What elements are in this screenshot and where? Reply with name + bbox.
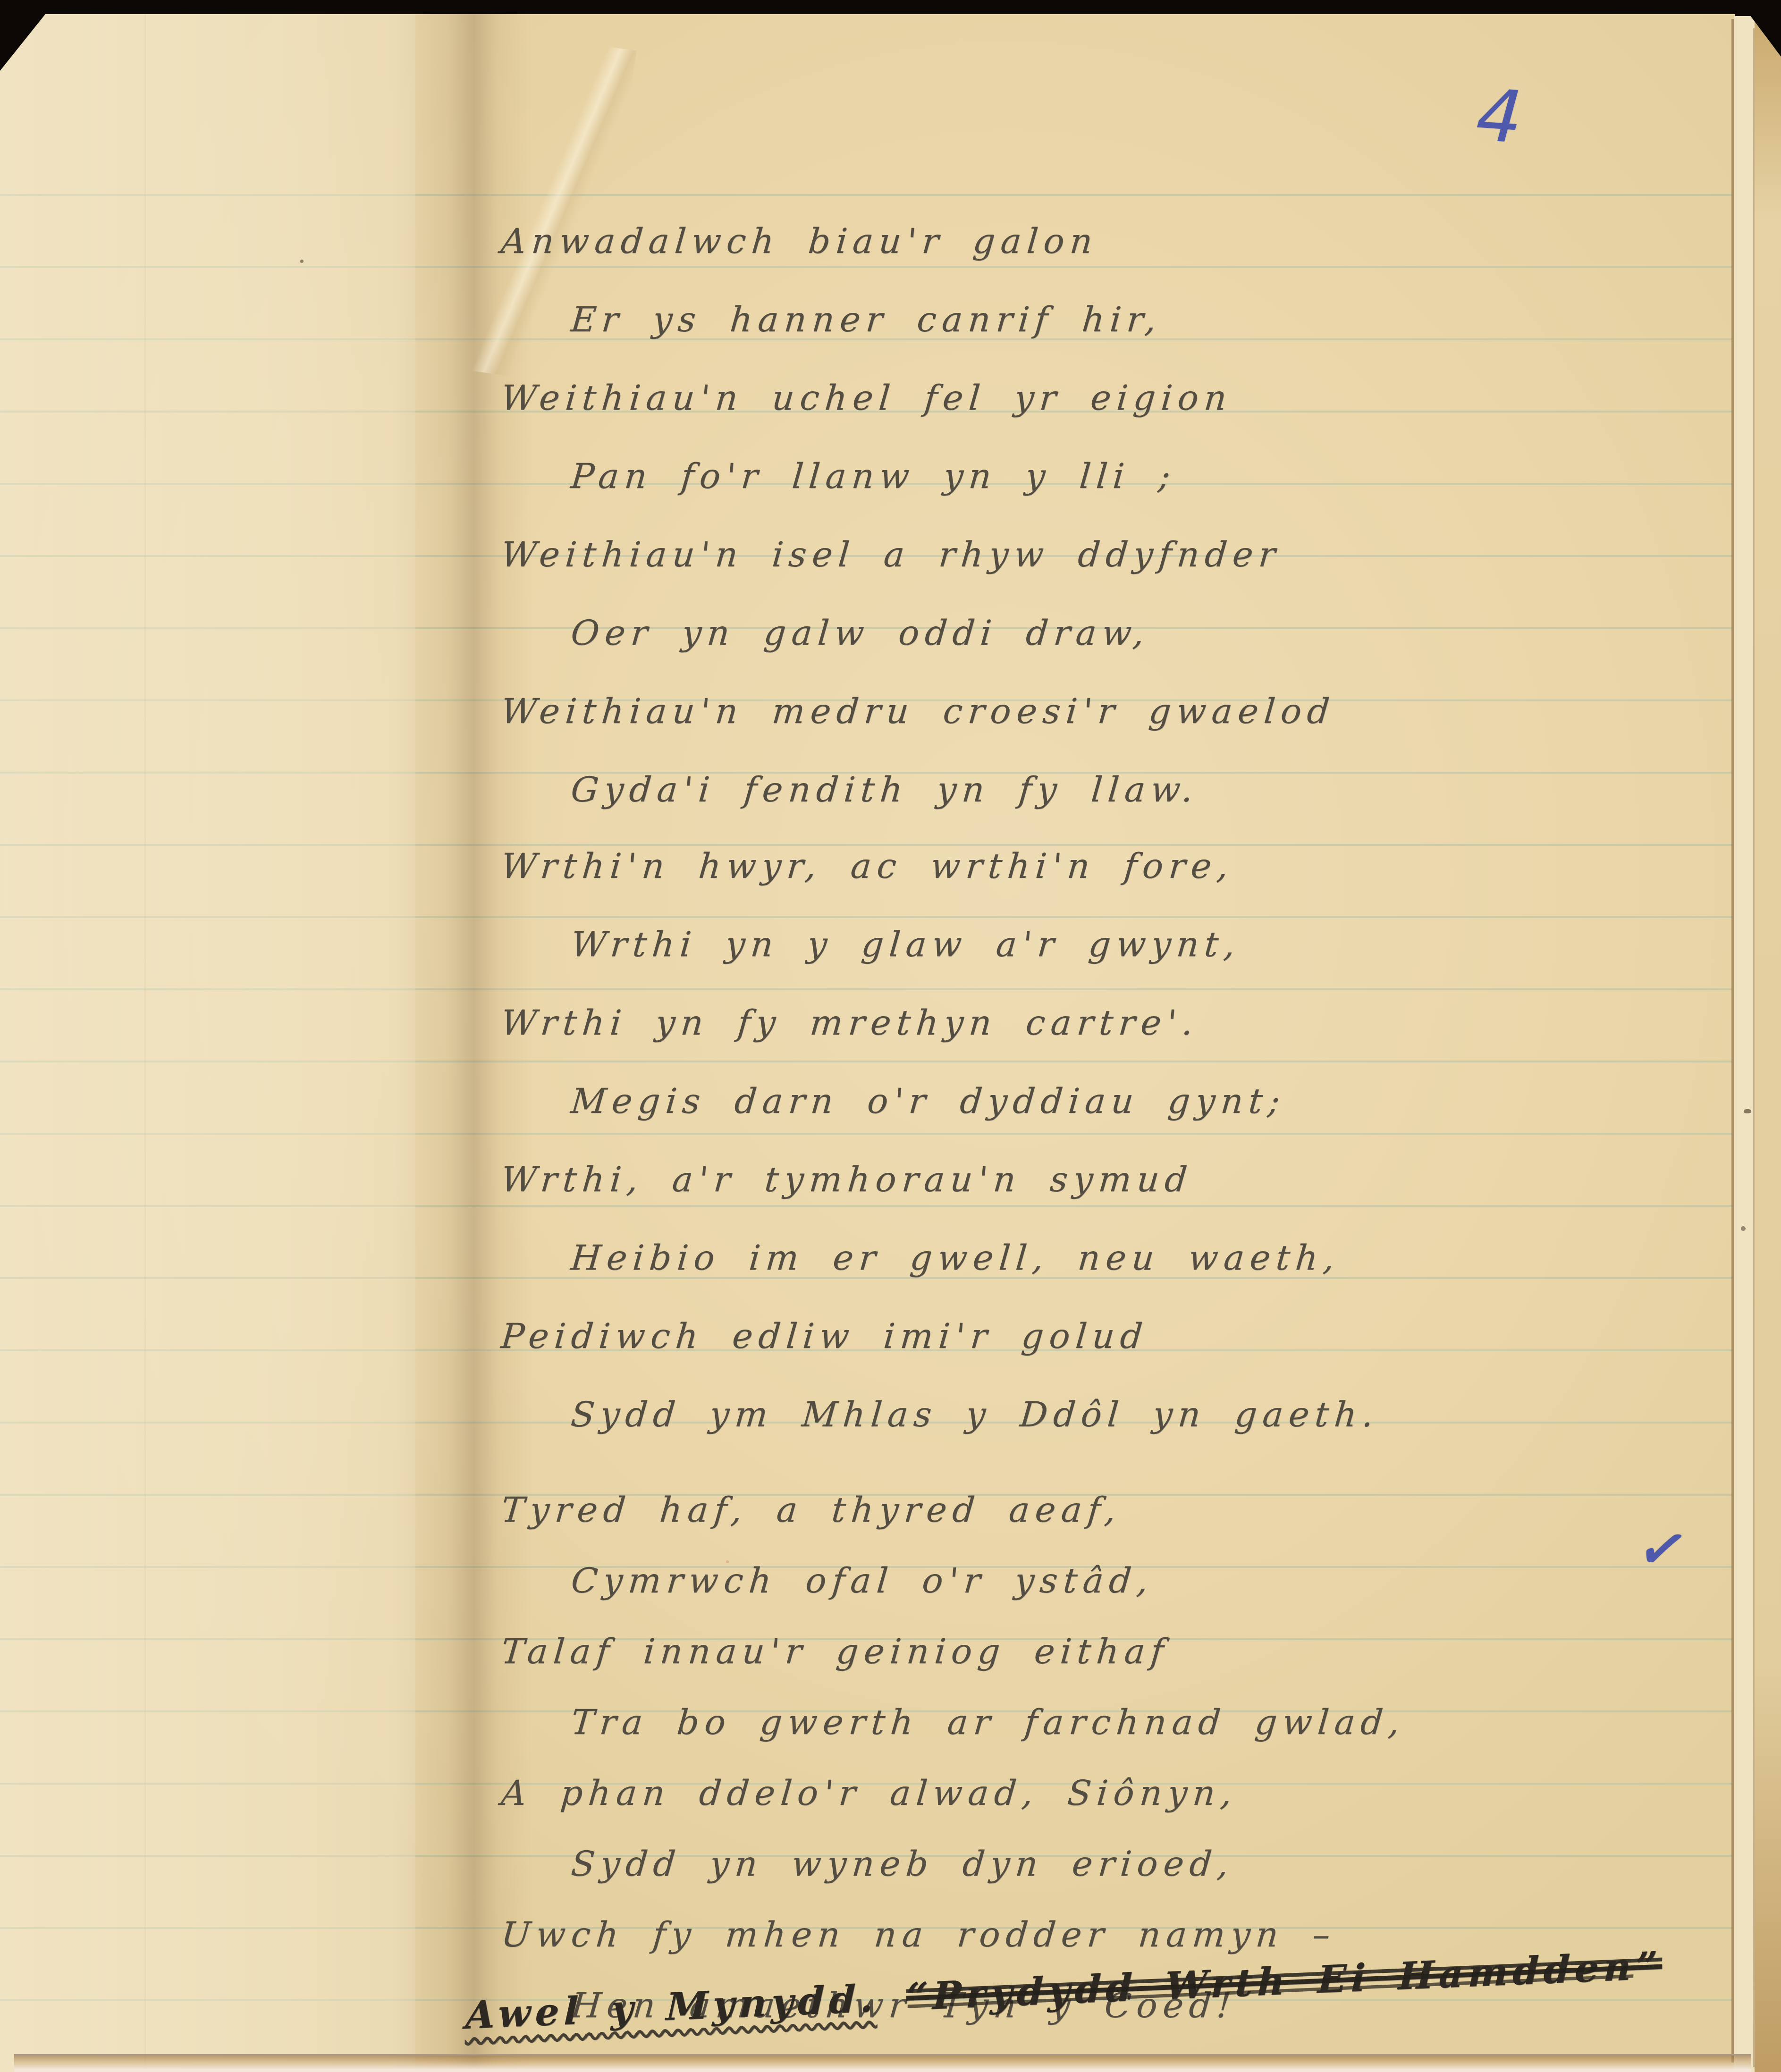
poem-line: Sydd ym Mhlas y Ddôl yn gaeth.: [569, 1363, 1384, 1441]
poem-line: Wrthi yn y glaw a'r gwynt,: [569, 893, 1384, 971]
paper-speck: [1744, 1109, 1751, 1113]
poem-stanza-1: Anwadalwch biau'r galon Er ys hanner can…: [486, 190, 1336, 817]
page-bottom-edge: [14, 2054, 1751, 2072]
poem-line: Weithiau'n isel a rhyw ddyfnder: [499, 503, 1340, 581]
poem-line: Er ys hanner canrif hir,: [569, 268, 1340, 346]
page-stack-edge: [1734, 16, 1755, 2072]
paper-speck: [300, 260, 304, 263]
poem-line: Wrthi yn fy mrethyn cartre'.: [499, 971, 1384, 1050]
poem-line: Talaf innau'r geiniog eithaf: [499, 1606, 1409, 1676]
poem-line: Megis darn o'r dyddiau gynt;: [569, 1050, 1384, 1128]
poem-line: Gyda'i fendith yn fy llaw.: [569, 738, 1340, 817]
poem-line: Peidiwch edliw imi'r golud: [499, 1285, 1384, 1363]
poem-stanza-3: Tyred haf, a thyred aeaf, Cymrwch ofal o…: [486, 1464, 1406, 2030]
poem-line: A phan ddelo'r alwad, Siônyn,: [499, 1747, 1409, 1818]
poem-line: Uwch fy mhen na rodder namyn –: [499, 1889, 1409, 1960]
poem-line: Anwadalwch biau'r galon: [499, 190, 1340, 268]
poem-line: Weithiau'n medru croesi'r gwaelod: [499, 660, 1340, 738]
poem-line: Oer yn galw oddi draw,: [569, 581, 1340, 660]
poem-line: Wrthi'n hwyr, ac wrthi'n fore,: [499, 815, 1384, 893]
poem-line: Pan fo'r llanw yn y lli ;: [569, 425, 1340, 503]
paper-speck: [1741, 1226, 1746, 1231]
scan-border-top: [0, 0, 1781, 14]
poem-line: Sydd yn wyneb dyn erioed,: [569, 1818, 1409, 1889]
poem-line: Wrthi, a'r tymhorau'n symud: [499, 1128, 1384, 1206]
poem-line: Cymrwch ofal o'r ystâd,: [569, 1535, 1409, 1606]
poem-line: Tyred haf, a thyred aeaf,: [499, 1464, 1409, 1535]
book-cover-edge: [1755, 14, 1781, 2072]
left-page-rule-fade: [0, 12, 415, 2072]
poem-line: Tra bo gwerth ar farchnad gwlad,: [569, 1676, 1409, 1747]
poem-stanza-2: Wrthi'n hwyr, ac wrthi'n fore, Wrthi yn …: [486, 815, 1380, 1441]
poem-line: Weithiau'n uchel fel yr eigion: [499, 346, 1340, 425]
poem-line: Heibio im er gwell, neu waeth,: [569, 1206, 1384, 1285]
page-number: 4: [1474, 73, 1525, 160]
